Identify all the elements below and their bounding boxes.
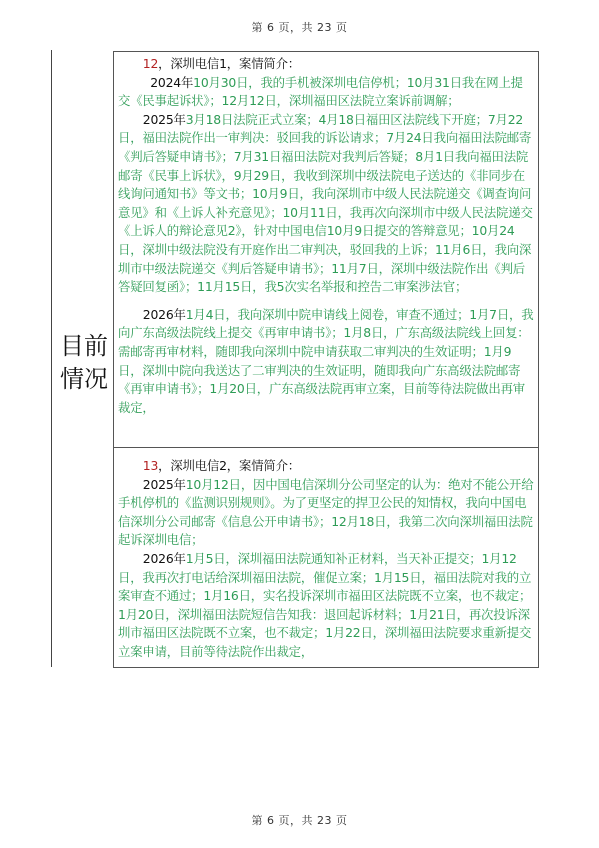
- case-number: 12: [143, 56, 158, 71]
- case-paragraph: 2024年10月30日，我的手机被深圳电信停机；10月31日我在网上提交《民事起…: [118, 74, 534, 111]
- paragraph-year: 2025年: [143, 112, 186, 127]
- paragraph-text: 3月18日法院正式立案；4月18日福田区法院线下开庭；7月22日，福田法院作出一…: [118, 112, 533, 294]
- page-header: 第 6 页，共 23 页: [0, 19, 599, 35]
- section-label: 目前 情况: [56, 330, 112, 396]
- case-paragraph: 2025年3月18日法院正式立案；4月18日福田区法院线下开庭；7月22日，福田…: [118, 111, 534, 297]
- left-border-rule: [51, 50, 52, 667]
- paragraph-text: 1月4日，我向深圳中院申请线上阅卷，审查不通过；1月7日，我向广东高级法院线上提…: [118, 307, 533, 415]
- section-label-line-2: 情况: [56, 363, 112, 396]
- case-paragraph: 2025年10月12日，因中国电信深圳分公司坚定的认为：绝对不能公开给手机停机的…: [118, 476, 534, 550]
- case-title: 13，深圳电信2，案情简介：: [118, 457, 534, 476]
- case-title-text: ，深圳电信2，案情简介：: [158, 458, 300, 473]
- case-entry: 12，深圳电信1，案情简介： 2024年10月30日，我的手机被深圳电信停机；1…: [114, 52, 538, 447]
- case-entry: 13，深圳电信2，案情简介： 2025年10月12日，因中国电信深圳分公司坚定的…: [114, 447, 538, 667]
- case-table: 12，深圳电信1，案情简介： 2024年10月30日，我的手机被深圳电信停机；1…: [113, 51, 539, 668]
- page-footer: 第 6 页，共 23 页: [0, 812, 599, 828]
- case-paragraph: 2026年1月4日，我向深圳中院申请线上阅卷，审查不通过；1月7日，我向广东高级…: [118, 306, 534, 418]
- paragraph-text: 1月5日，深圳福田法院通知补正材料，当天补正提交；1月12日，我再次打电话给深圳…: [118, 551, 531, 659]
- section-label-line-1: 目前: [56, 330, 112, 363]
- paragraph-year: 2024年: [150, 75, 193, 90]
- paragraph-year: 2026年: [143, 551, 186, 566]
- paragraph-year: 2025年: [143, 477, 186, 492]
- case-paragraph: 2026年1月5日，深圳福田法院通知补正材料，当天补正提交；1月12日，我再次打…: [118, 550, 534, 662]
- case-number: 13: [143, 458, 158, 473]
- paragraph-year: 2026年: [143, 307, 186, 322]
- case-title-text: ，深圳电信1，案情简介：: [158, 56, 300, 71]
- case-title: 12，深圳电信1，案情简介：: [118, 55, 534, 74]
